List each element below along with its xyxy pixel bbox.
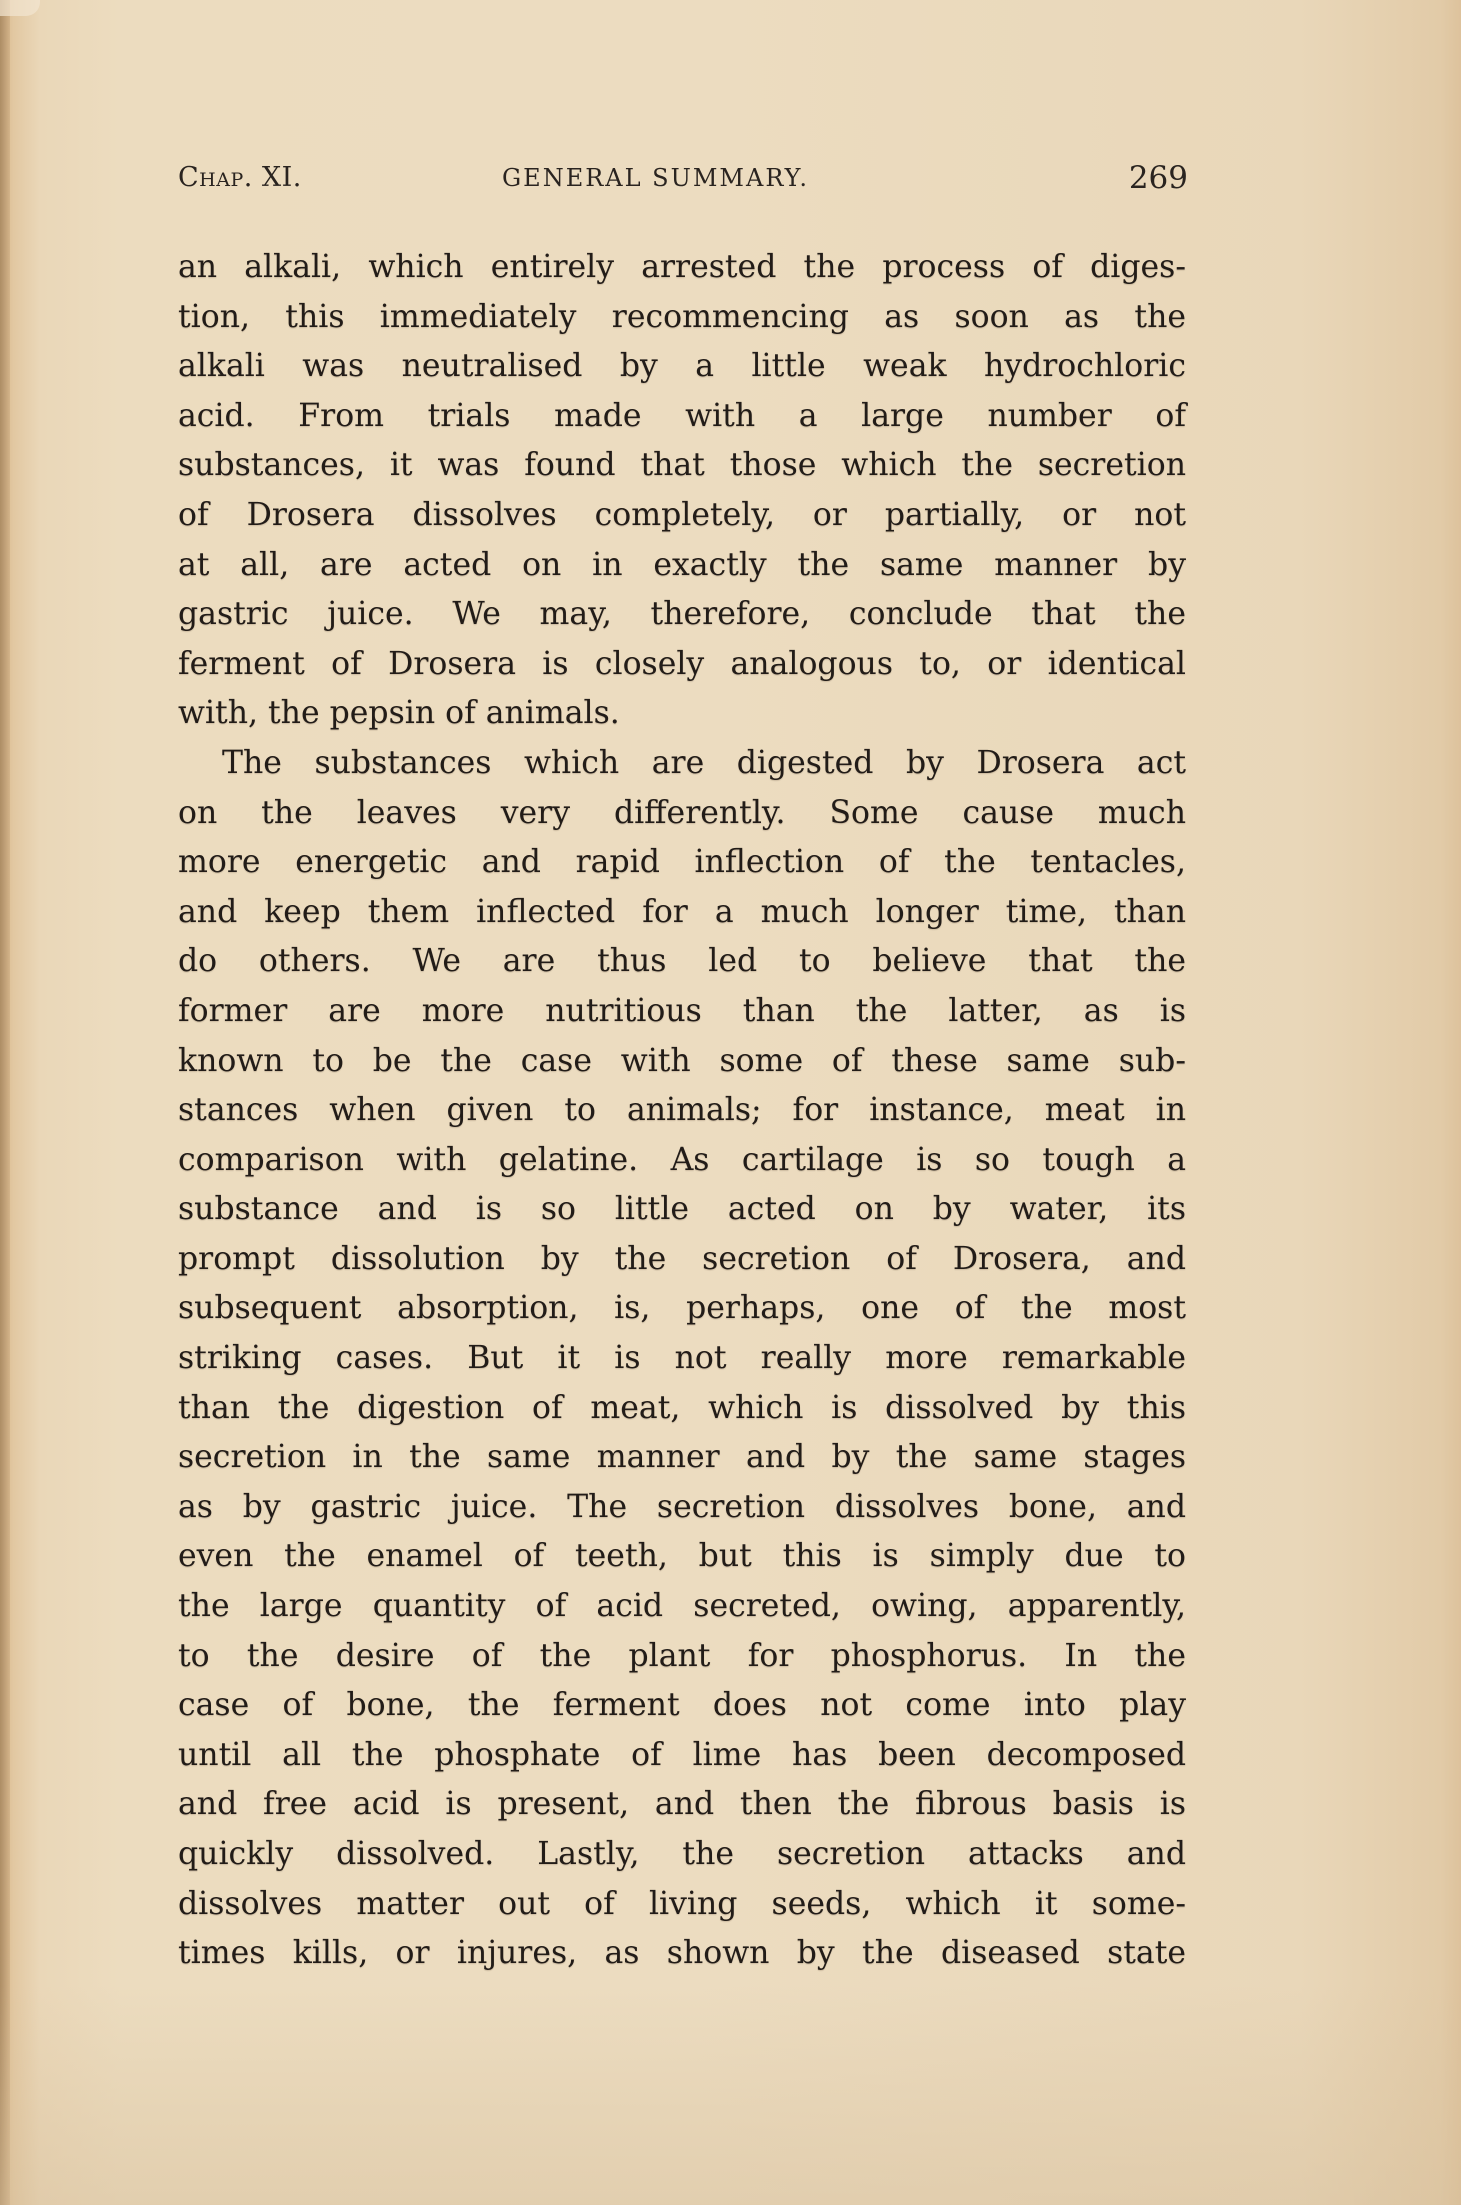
book-page: Chap. XI. GENERAL SUMMARY. 269 an alkali… [0,0,1461,2205]
text-line: alkali was neutralised by a little weak … [178,342,1186,392]
text-line: at all, are acted on in exactly the same… [178,541,1186,591]
text-line: times kills, or injures, as shown by the… [178,1929,1186,1979]
text-line: prompt dissolution by the secretion of D… [178,1235,1186,1285]
body-text: an alkali, which entirely arrested the p… [178,243,1186,1979]
text-line: even the enamel of teeth, but this is si… [178,1532,1186,1582]
text-line: as by gastric juice. The secretion disso… [178,1483,1186,1533]
text-line: and free acid is present, and then the f… [178,1780,1186,1830]
binding-edge [0,0,10,2205]
paragraph: an alkali, which entirely arrested the p… [178,243,1186,739]
running-head: Chap. XI. GENERAL SUMMARY. 269 [178,160,1188,200]
text-line: secretion in the same manner and by the … [178,1433,1186,1483]
page-shadow [0,1985,1461,2205]
text-line: known to be the case with some of these … [178,1037,1186,1087]
page-number: 269 [1129,160,1188,196]
text-line: acid. From trials made with a large numb… [178,392,1186,442]
text-line: more energetic and rapid inflection of t… [178,838,1186,888]
text-line: ferment of Drosera is closely analogous … [178,640,1186,690]
text-line: until all the phosphate of lime has been… [178,1731,1186,1781]
text-line: tion, this immediately recommencing as s… [178,293,1186,343]
text-line: an alkali, which entirely arrested the p… [178,243,1186,293]
chapter-label: Chap. XI. [178,162,302,193]
paragraph: The substances which are digested by Dro… [178,739,1186,1979]
text-line: comparison with gelatine. As cartilage i… [178,1136,1186,1186]
text-line: gastric juice. We may, therefore, conclu… [178,590,1186,640]
text-line: case of bone, the ferment does not come … [178,1681,1186,1731]
page-corner [0,0,40,16]
text-line: quickly dissolved. Lastly, the secretion… [178,1830,1186,1880]
text-line: of Drosera dissolves completely, or part… [178,491,1186,541]
text-line: former are more nutritious than the latt… [178,987,1186,1037]
text-line: on the leaves very differently. Some cau… [178,789,1186,839]
text-line: to the desire of the plant for phosphoru… [178,1632,1186,1682]
text-line: substance and is so little acted on by w… [178,1185,1186,1235]
text-line: striking cases. But it is not really mor… [178,1334,1186,1384]
section-title: GENERAL SUMMARY. [502,164,809,192]
text-line: with, the pepsin of animals. [178,689,1186,739]
text-line: substances, it was found that those whic… [178,441,1186,491]
text-line: the large quantity of acid secreted, owi… [178,1582,1186,1632]
text-line: do others. We are thus led to believe th… [178,937,1186,987]
text-line: and keep them inflected for a much longe… [178,888,1186,938]
text-line: dissolves matter out of living seeds, wh… [178,1880,1186,1930]
text-line: stances when given to animals; for insta… [178,1086,1186,1136]
text-line: The substances which are digested by Dro… [178,739,1186,789]
text-line: subsequent absorption, is, perhaps, one … [178,1284,1186,1334]
text-line: than the digestion of meat, which is dis… [178,1384,1186,1434]
